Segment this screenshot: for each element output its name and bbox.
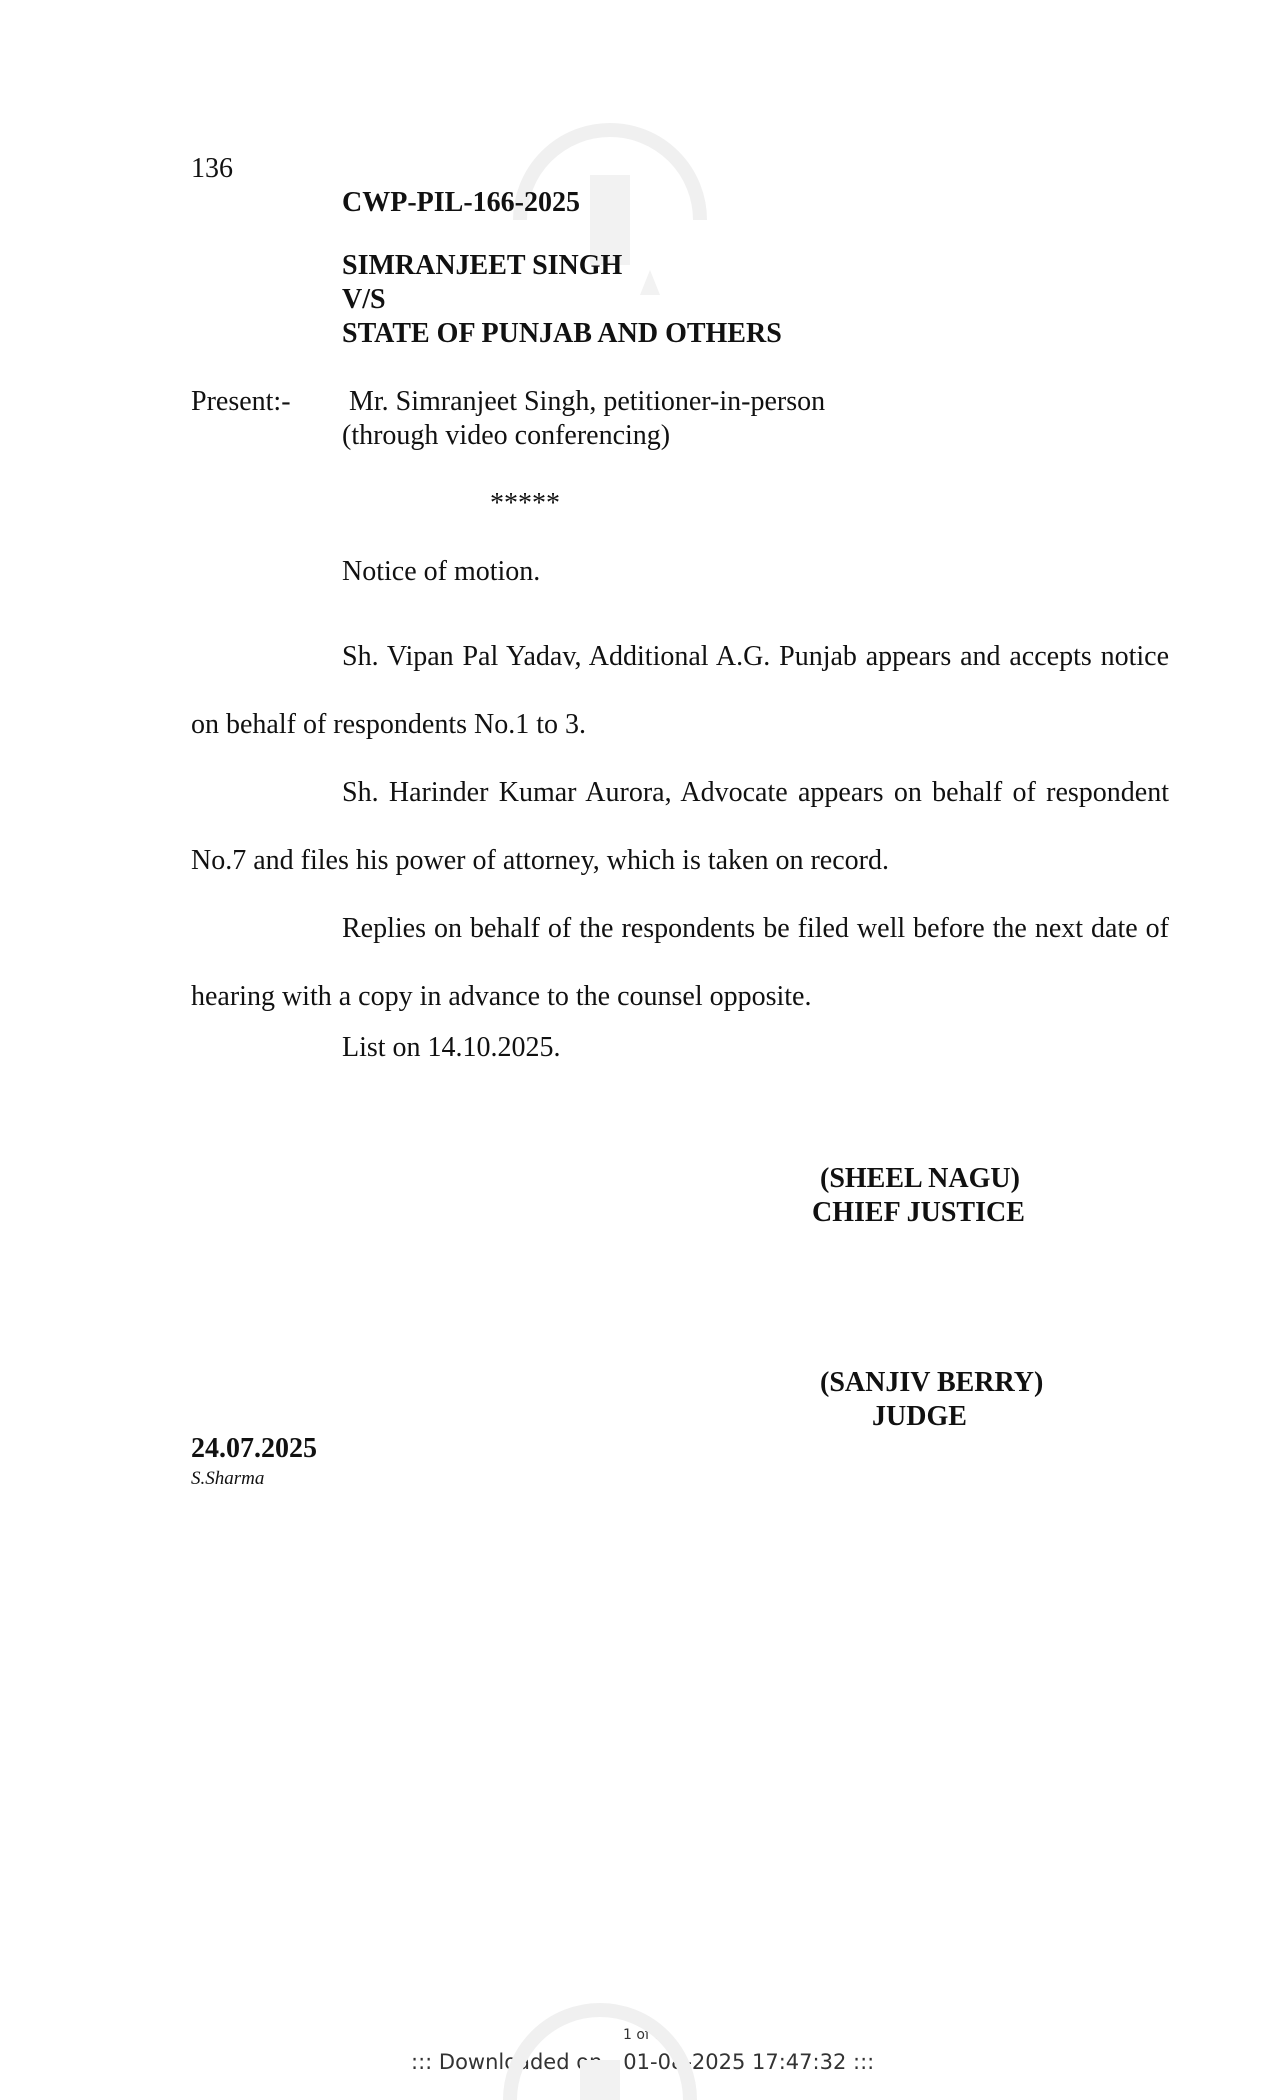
- paragraph-notice: Notice of motion.: [342, 555, 540, 589]
- separator-stars: *****: [490, 487, 560, 521]
- typist-initials: S.Sharma: [191, 1468, 264, 1490]
- signatory-1-name: (SHEEL NAGU): [820, 1162, 1020, 1196]
- present-line-2: (through video conferencing): [342, 419, 670, 453]
- signatory-1-title: CHIEF JUSTICE: [812, 1196, 1025, 1230]
- order-date: 24.07.2025: [191, 1432, 317, 1466]
- paragraph-respondent-7: Sh. Harinder Kumar Aurora, Advocate appe…: [191, 759, 1169, 895]
- petitioner-name: SIMRANJEET SINGH: [342, 249, 622, 283]
- present-line-1: Mr. Simranjeet Singh, petitioner-in-pers…: [349, 385, 825, 419]
- respondent-name: STATE OF PUNJAB AND OTHERS: [342, 317, 782, 351]
- paragraph-listing: List on 14.10.2025.: [342, 1031, 561, 1065]
- paragraph-replies: Replies on behalf of the respondents be …: [191, 895, 1169, 1031]
- case-number: CWP-PIL-166-2025: [342, 186, 580, 220]
- signatory-2-name: (SANJIV BERRY): [820, 1366, 1043, 1400]
- court-emblem-watermark-footer: [480, 2000, 720, 2100]
- paragraph-state-appearance: Sh. Vipan Pal Yadav, Additional A.G. Pun…: [191, 623, 1169, 759]
- serial-number: 136: [191, 152, 233, 186]
- signatory-2-title: JUDGE: [872, 1400, 967, 1434]
- present-label: Present:-: [191, 385, 291, 419]
- versus: V/S: [342, 283, 386, 317]
